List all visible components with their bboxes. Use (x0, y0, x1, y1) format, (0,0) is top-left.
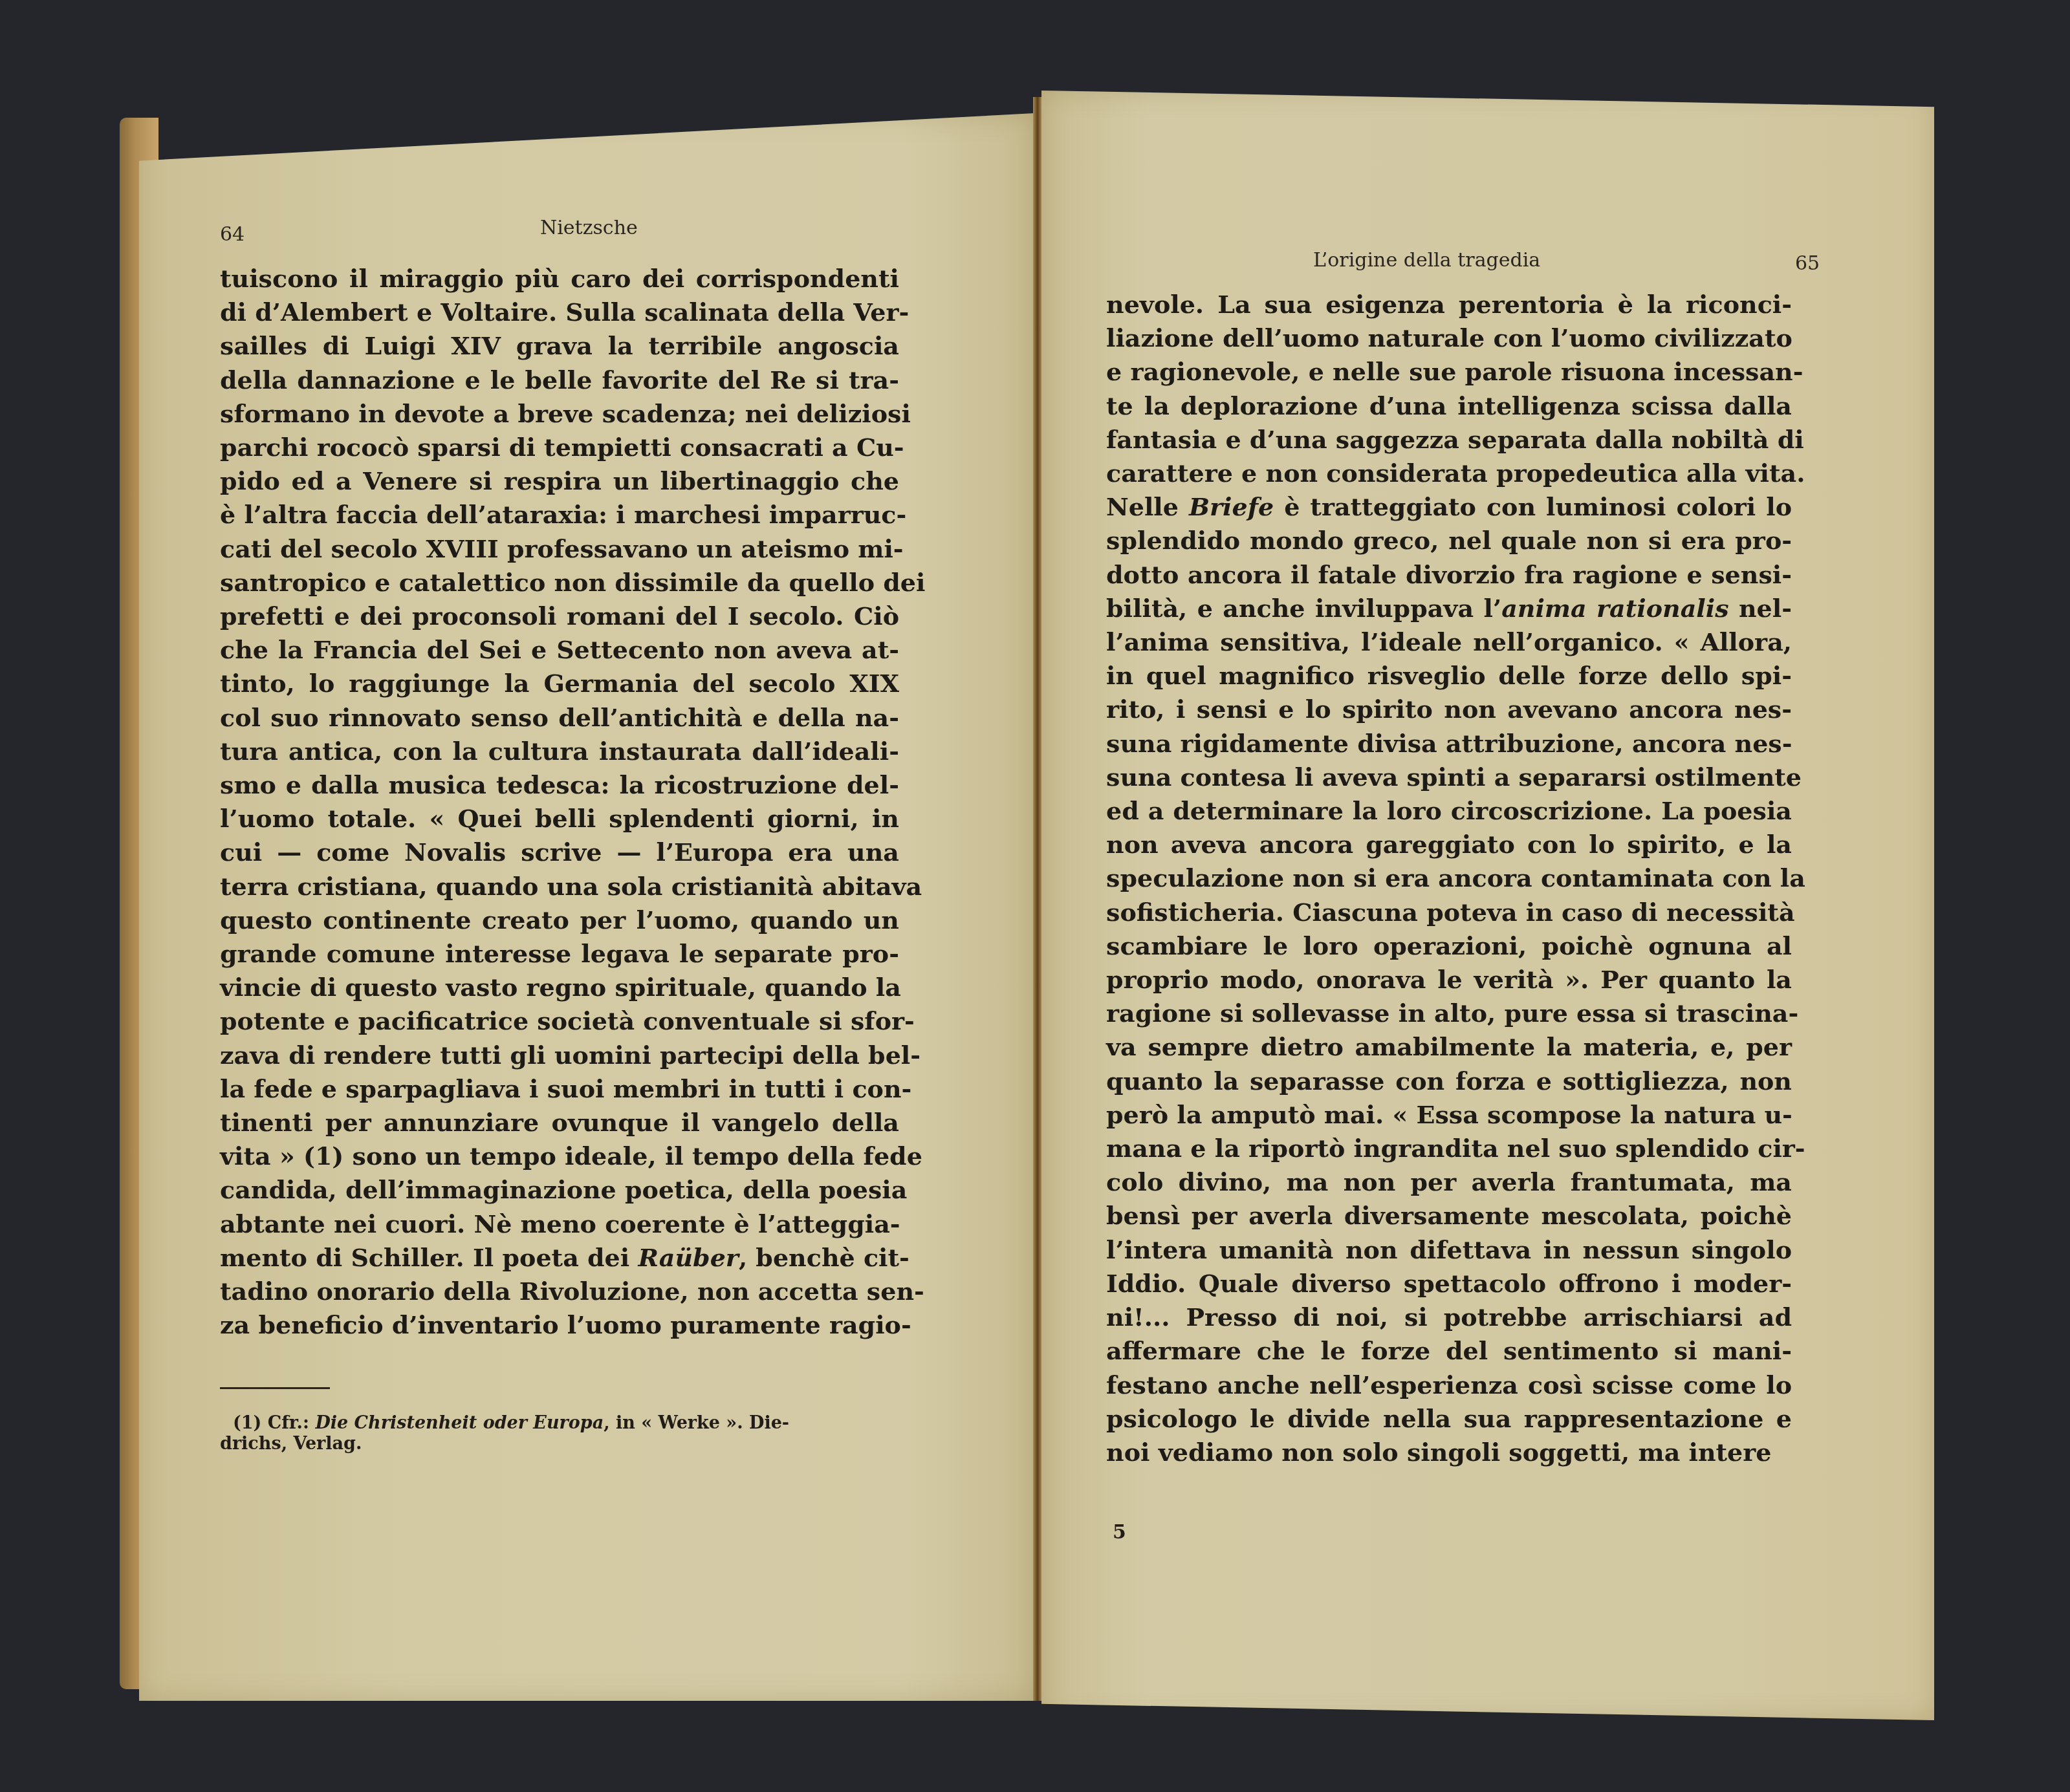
left-body-text: tuiscono il miraggio più caro dei corris… (220, 262, 899, 1343)
text-line: della dannazione e le belle favorite del… (220, 363, 899, 397)
text-line: pido ed a Venere si respira un libertina… (220, 464, 899, 498)
right-page-number: 65 (1795, 252, 1820, 275)
text-line: di d’Alembert e Voltaire. Sulla scalinat… (220, 296, 899, 329)
text-line: e ragionevole, e nelle sue parole risuon… (1106, 355, 1792, 389)
text-line: candida, dell’immaginazione poetica, del… (220, 1173, 899, 1207)
italic-title: anima rationalis (1501, 594, 1728, 623)
left-running-head: Nietzsche (540, 217, 638, 239)
text-line: zava di rendere tutti gli uomini parteci… (220, 1039, 899, 1072)
text-line: festano anche nell’esperienza così sciss… (1106, 1368, 1792, 1402)
text-line: mento di Schiller. Il poeta dei Raüber, … (220, 1241, 899, 1275)
footnote: (1) Cfr.: Die Christenheit oder Europa, … (220, 1413, 899, 1454)
left-page: 64 Nietzsche tuiscono il miraggio più ca… (139, 113, 1035, 1701)
footnote-title: Die Christenheit oder Europa (315, 1413, 604, 1433)
footnote-rule (220, 1387, 330, 1389)
text-line: dotto ancora il fatale divorzio fra ragi… (1106, 558, 1792, 592)
text-line: non aveva ancora gareggiato con lo spiri… (1106, 828, 1792, 861)
open-book: 64 Nietzsche tuiscono il miraggio più ca… (120, 91, 1931, 1733)
text-line: tuiscono il miraggio più caro dei corris… (220, 262, 899, 296)
text-line: te la deplorazione d’una intelligenza sc… (1106, 389, 1792, 423)
text-line: ni!... Presso di noi, si potrebbe arrisc… (1106, 1301, 1792, 1334)
footnote-publisher: drichs, Verlag. (220, 1434, 899, 1454)
text-line: l’uomo totale. « Quei belli splendenti g… (220, 802, 899, 836)
text-line: sailles di Luigi XIV grava la terribile … (220, 329, 899, 363)
text-line: rito, i sensi e lo spirito non avevano a… (1106, 693, 1792, 726)
text-line: affermare che le forze del sentimento si… (1106, 1334, 1792, 1368)
text-line: ed a determinare la loro circoscrizione.… (1106, 794, 1792, 828)
footnote-source: , in « Werke ». Die- (604, 1413, 789, 1433)
book-gutter (1033, 97, 1042, 1701)
signature-mark: 5 (1113, 1521, 1126, 1544)
text-line: potente e pacificatrice società conventu… (220, 1004, 899, 1038)
italic-title: Raüber (638, 1243, 738, 1272)
text-line: vita » (1) sono un tempo ideale, il temp… (220, 1139, 899, 1173)
text-line: tinto, lo raggiunge la Germania del seco… (220, 667, 899, 700)
text-line: la fede e sparpagliava i suoi membri in … (220, 1072, 899, 1106)
text-line: noi vediamo non solo singoli soggetti, m… (1106, 1436, 1792, 1469)
text-line: nevole. La sua esigenza perentoria è la … (1106, 288, 1792, 321)
text-line: cati del secolo XVIII professavano un at… (220, 532, 899, 566)
text-line: grande comune interesse legava le separa… (220, 937, 899, 971)
text-line: psicologo le divide nella sua rappresent… (1106, 1402, 1792, 1436)
italic-title: Briefe (1189, 492, 1274, 521)
text-line: quanto la separasse con forza e sottigli… (1106, 1064, 1792, 1098)
right-body-text: nevole. La sua esigenza perentoria è la … (1106, 288, 1792, 1469)
text-line: proprio modo, onorava le verità ». Per q… (1106, 963, 1792, 997)
text-line: scambiare le loro operazioni, poichè ogn… (1106, 929, 1792, 963)
text-line: tadino onorario della Rivoluzione, non a… (220, 1275, 899, 1308)
text-line: mana e la riportò ingrandita nel suo spl… (1106, 1132, 1792, 1165)
text-line: santropico e catalettico non dissimile d… (220, 566, 899, 599)
text-line: colo divino, ma non per averla frantumat… (1106, 1165, 1792, 1199)
text-line: suna contesa li aveva spinti a separarsi… (1106, 761, 1792, 794)
text-line: tura antica, con la cultura instaurata d… (220, 735, 899, 768)
text-line: carattere e non considerata propedeutica… (1106, 457, 1792, 490)
text-line: parchi rococò sparsi di tempietti consac… (220, 431, 899, 464)
text-line: splendido mondo greco, nel quale non si … (1106, 524, 1792, 557)
text-line: smo e dalla musica tedesca: la ricostruz… (220, 768, 899, 802)
text-line: speculazione non si era ancora contamina… (1106, 861, 1792, 895)
text-line: che la Francia del Sei e Settecento non … (220, 633, 899, 667)
text-line: vincie di questo vasto regno spirituale,… (220, 971, 899, 1004)
text-line: l’intera umanità non difettava in nessun… (1106, 1233, 1792, 1267)
text-line: sformano in devote a breve scadenza; nei… (220, 397, 899, 431)
text-line: bilità, e anche inviluppava l’anima rati… (1106, 592, 1792, 625)
text-line: terra cristiana, quando una sola cristia… (220, 870, 899, 903)
left-page-number: 64 (220, 223, 245, 246)
text-line: tinenti per annunziare ovunque il vangel… (220, 1106, 899, 1139)
right-page: L’origine della tragedia 65 nevole. La s… (1041, 91, 1934, 1720)
text-line: l’anima sensitiva, l’ideale nell’organic… (1106, 625, 1792, 659)
text-line: Iddio. Quale diverso spettacolo offrono … (1106, 1267, 1792, 1301)
text-line: za beneficio d’inventario l’uomo puramen… (220, 1308, 899, 1342)
text-line: suna rigidamente divisa attribuzione, an… (1106, 727, 1792, 761)
text-line: bensì per averla diversamente mescolata,… (1106, 1199, 1792, 1233)
footnote-marker: (1) Cfr.: (233, 1413, 309, 1433)
right-running-head: L’origine della tragedia (1313, 249, 1540, 272)
text-line: questo continente creato per l’uomo, qua… (220, 903, 899, 937)
text-line: va sempre dietro amabilmente la materia,… (1106, 1030, 1792, 1064)
text-line: però la amputò mai. « Essa scompose la n… (1106, 1098, 1792, 1132)
text-line: liazione dell’uomo naturale con l’uomo c… (1106, 321, 1792, 355)
text-line: cui — come Novalis scrive — l’Europa era… (220, 836, 899, 869)
text-line: in quel magnifico risveglio delle forze … (1106, 659, 1792, 693)
text-line: ragione si sollevasse in alto, pure essa… (1106, 997, 1792, 1030)
text-line: Nelle Briefe è tratteggiato con luminosi… (1106, 490, 1792, 524)
text-line: fantasia e d’una saggezza separata dalla… (1106, 423, 1792, 457)
text-line: abtante nei cuori. Nè meno coerente è l’… (220, 1207, 899, 1241)
text-line: col suo rinnovato senso dell’antichità e… (220, 701, 899, 735)
text-line: è l’altra faccia dell’ataraxia: i marche… (220, 498, 899, 532)
text-line: sofisticheria. Ciascuna poteva in caso d… (1106, 896, 1792, 929)
text-line: prefetti e dei proconsoli romani del I s… (220, 599, 899, 633)
